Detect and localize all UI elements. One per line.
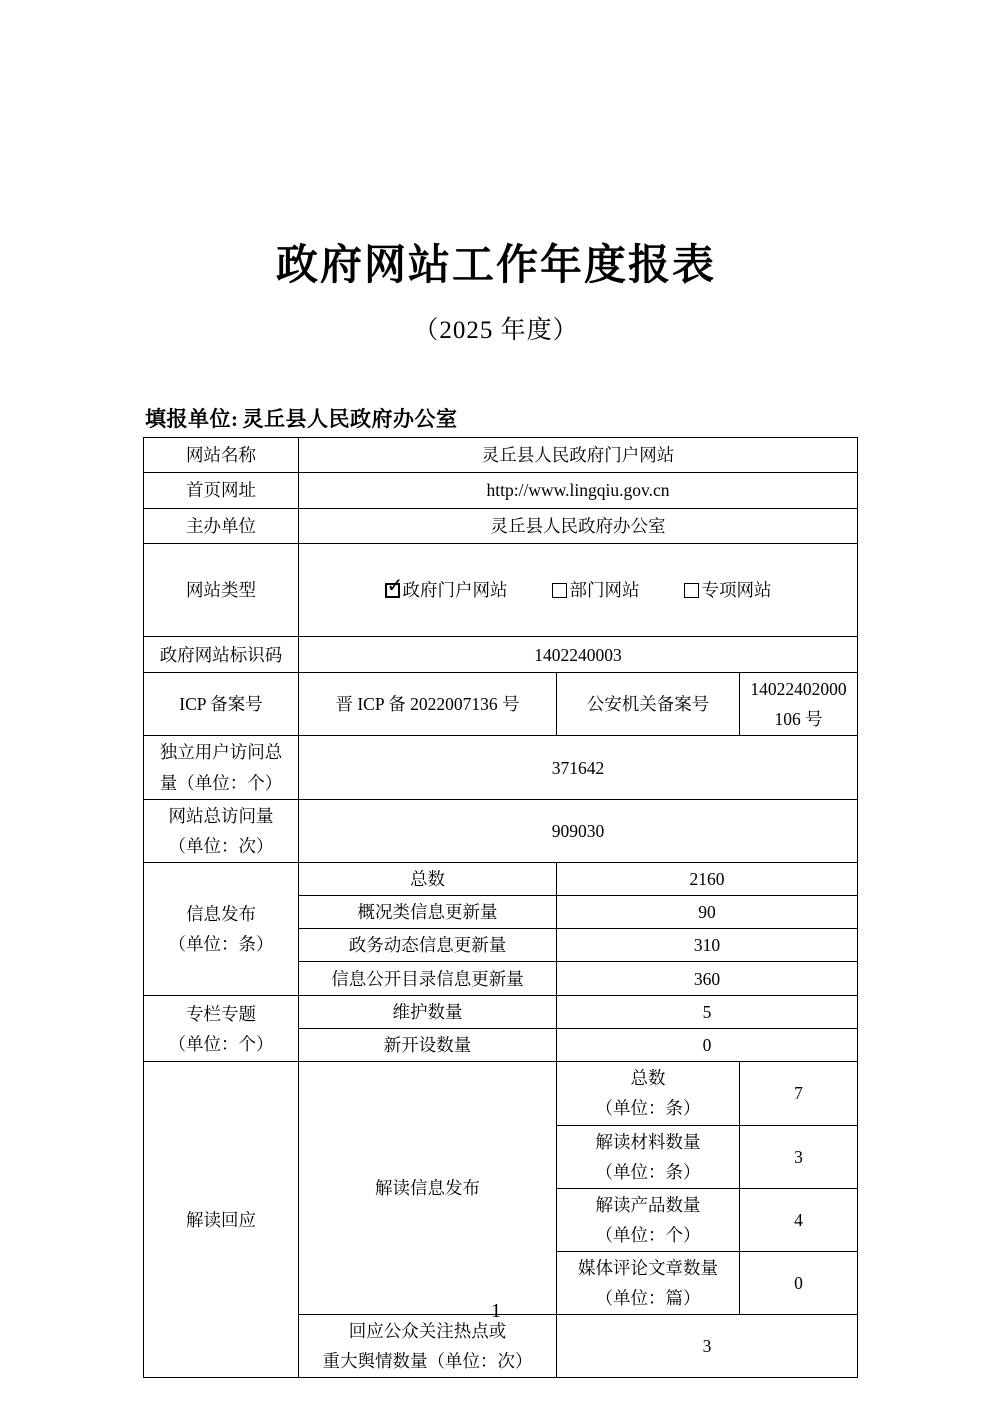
interpretation-materials-value: 3 xyxy=(740,1125,858,1188)
interpretation-materials-label: 解读材料数量 （单位：条） xyxy=(557,1125,740,1188)
interpretation-response-label: 回应公众关注热点或 重大舆情数量（单位：次） xyxy=(299,1315,557,1378)
annual-report-table: 网站名称 灵丘县人民政府门户网站 首页网址 http://www.lingqiu… xyxy=(143,437,858,1378)
home-url-value: http://www.lingqiu.gov.cn xyxy=(299,473,858,509)
interpretation-products-label: 解读产品数量 （单位：个） xyxy=(557,1188,740,1251)
page-number: 1 xyxy=(0,1300,992,1323)
table-row: 独立用户访问总 量（单位：个） 371642 xyxy=(144,736,858,799)
info-publish-label: 信息发布 （单位：条） xyxy=(144,862,299,995)
site-type-option-label: 部门网站 xyxy=(570,575,640,605)
police-record-label: 公安机关备案号 xyxy=(557,673,740,736)
home-url-label: 首页网址 xyxy=(144,473,299,509)
info-publish-total-label: 总数 xyxy=(299,862,557,895)
special-columns-maintained-label: 维护数量 xyxy=(299,996,557,1029)
site-type-options-cell: 政府门户网站 部门网站 专项网站 xyxy=(299,544,858,637)
report-unit-value: 灵丘县人民政府办公室 xyxy=(243,407,458,431)
table-row: 网站名称 灵丘县人民政府门户网站 xyxy=(144,438,858,473)
info-publish-directory-value: 360 xyxy=(557,962,858,996)
site-type-option-label: 政府门户网站 xyxy=(403,575,508,605)
site-name-value: 灵丘县人民政府门户网站 xyxy=(299,438,858,473)
site-code-value: 1402240003 xyxy=(299,637,858,673)
organizer-label: 主办单位 xyxy=(144,509,299,544)
info-publish-total-value: 2160 xyxy=(557,862,858,895)
special-columns-label: 专栏专题 （单位：个） xyxy=(144,996,299,1062)
page-title: 政府网站工作年度报表 xyxy=(0,232,992,292)
table-row: 网站总访问量 （单位：次） 909030 xyxy=(144,799,858,862)
interpretation-products-value: 4 xyxy=(740,1188,858,1251)
icp-label: ICP 备案号 xyxy=(144,673,299,736)
total-visits-label: 网站总访问量 （单位：次） xyxy=(144,799,299,862)
table-row: 主办单位 灵丘县人民政府办公室 xyxy=(144,509,858,544)
interpretation-publish-label: 解读信息发布 xyxy=(299,1062,557,1315)
info-publish-overview-value: 90 xyxy=(557,895,858,928)
total-visits-value: 909030 xyxy=(299,799,858,862)
table-row: ICP 备案号 晋 ICP 备 2022007136 号 公安机关备案号 140… xyxy=(144,673,858,736)
site-type-label: 网站类型 xyxy=(144,544,299,637)
site-type-option-label: 专项网站 xyxy=(702,575,772,605)
unique-visitors-label: 独立用户访问总 量（单位：个） xyxy=(144,736,299,799)
table-row: 网站类型 政府门户网站 部门网站 专项网站 xyxy=(144,544,858,637)
info-publish-dynamics-value: 310 xyxy=(557,929,858,962)
interpretation-total-label: 总数 （单位：条） xyxy=(557,1062,740,1125)
organizer-value: 灵丘县人民政府办公室 xyxy=(299,509,858,544)
police-record-value: 14022402000 106 号 xyxy=(740,673,858,736)
special-columns-new-value: 0 xyxy=(557,1029,858,1062)
report-unit-label: 填报单位: xyxy=(145,407,239,431)
page-subtitle: （2025 年度） xyxy=(0,310,992,346)
site-type-option-department: 部门网站 xyxy=(552,575,640,605)
info-publish-dynamics-label: 政务动态信息更新量 xyxy=(299,929,557,962)
info-publish-overview-label: 概况类信息更新量 xyxy=(299,895,557,928)
interpretation-label: 解读回应 xyxy=(144,1062,299,1378)
site-code-label: 政府网站标识码 xyxy=(144,637,299,673)
info-publish-directory-label: 信息公开目录信息更新量 xyxy=(299,962,557,996)
checkbox-empty-icon xyxy=(552,583,567,598)
report-unit-line: 填报单位:灵丘县人民政府办公室 xyxy=(145,403,458,433)
checkbox-empty-icon xyxy=(684,583,699,598)
special-columns-new-label: 新开设数量 xyxy=(299,1029,557,1062)
table-row: 首页网址 http://www.lingqiu.gov.cn xyxy=(144,473,858,509)
unique-visitors-value: 371642 xyxy=(299,736,858,799)
table-row: 专栏专题 （单位：个） 维护数量 5 xyxy=(144,996,858,1029)
table-row: 解读回应 解读信息发布 总数 （单位：条） 7 xyxy=(144,1062,858,1125)
interpretation-response-value: 3 xyxy=(557,1315,858,1378)
special-columns-maintained-value: 5 xyxy=(557,996,858,1029)
table-row: 政府网站标识码 1402240003 xyxy=(144,637,858,673)
site-name-label: 网站名称 xyxy=(144,438,299,473)
interpretation-total-value: 7 xyxy=(740,1062,858,1125)
table-row: 信息发布 （单位：条） 总数 2160 xyxy=(144,862,858,895)
document-page: 政府网站工作年度报表 （2025 年度） 填报单位:灵丘县人民政府办公室 网站名… xyxy=(0,0,992,1403)
site-type-option-special: 专项网站 xyxy=(684,575,772,605)
checkbox-checked-icon xyxy=(385,583,400,598)
site-type-option-government-portal: 政府门户网站 xyxy=(385,575,508,605)
icp-value: 晋 ICP 备 2022007136 号 xyxy=(299,673,557,736)
